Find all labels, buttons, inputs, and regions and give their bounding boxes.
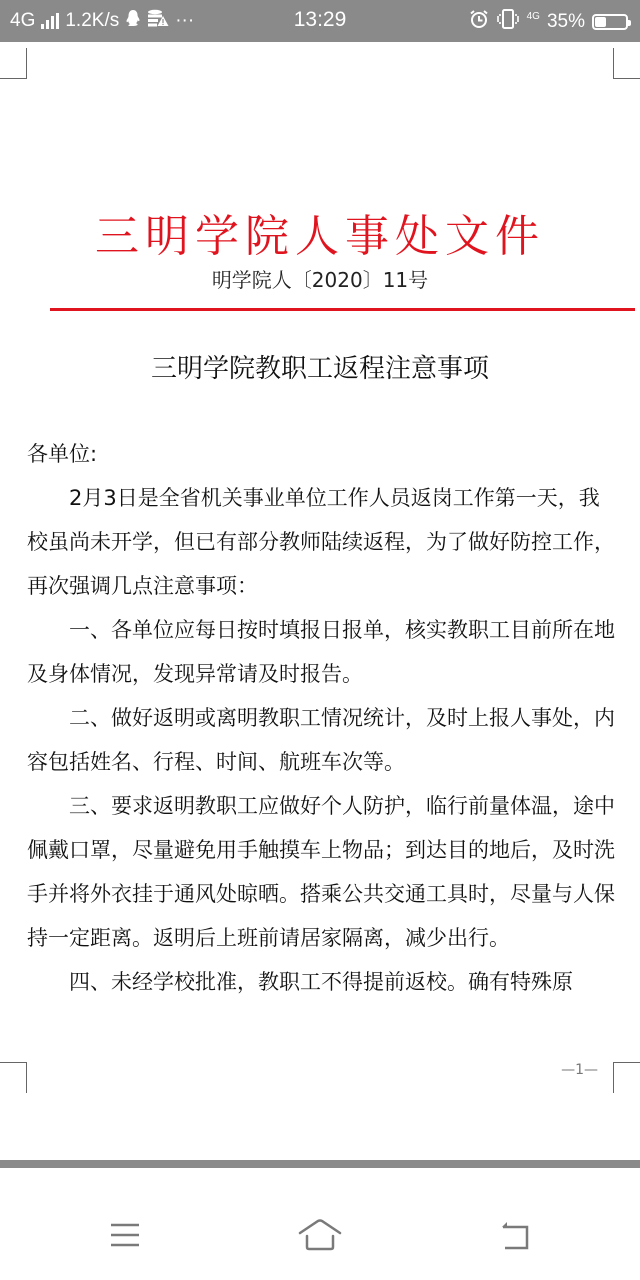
document-page[interactable]: 三明学院人事处文件 明学院人〔2020〕11号 三明学院教职工返程注意事项 各单… xyxy=(0,42,640,1160)
vibrate-icon xyxy=(496,9,520,35)
crop-mark-top-right xyxy=(613,48,640,79)
status-bar: 4G 1.2K/s ··· 13:29 4G 35% xyxy=(0,0,640,42)
paragraph-item-2: 二、做好返明或离明教职工情况统计，及时上报人事处，内容包括姓名、行程、时间、航班… xyxy=(27,696,617,784)
salutation: 各单位: xyxy=(27,432,617,476)
red-divider xyxy=(50,308,635,311)
home-icon xyxy=(298,1219,342,1251)
home-button[interactable] xyxy=(290,1210,350,1260)
back-button[interactable] xyxy=(485,1210,545,1260)
document-body: 各单位: 2月3日是全省机关事业单位工作人员返岗工作第一天，我校虽尚未开学，但已… xyxy=(27,432,617,1004)
menu-icon xyxy=(110,1222,140,1248)
page-number: —1— xyxy=(561,1062,598,1078)
4g-icon: 4G xyxy=(527,12,540,22)
navigation-bar xyxy=(0,1170,640,1280)
document-header: 三明学院人事处文件 xyxy=(0,200,640,264)
crop-mark-bottom-left xyxy=(0,1062,27,1093)
document-title: 三明学院教职工返程注意事项 xyxy=(0,348,640,385)
battery-percent: 35% xyxy=(547,11,585,33)
alarm-icon xyxy=(469,9,489,35)
paragraph-item-1: 一、各单位应每日按时填报日报单，核实教职工目前所在地及身体情况，发现异常请及时报… xyxy=(27,608,617,696)
document-number: 明学院人〔2020〕11号 xyxy=(0,264,640,293)
crop-mark-top-left xyxy=(0,48,27,79)
page-separator xyxy=(0,1160,640,1168)
menu-button[interactable] xyxy=(95,1210,155,1260)
crop-mark-bottom-right xyxy=(613,1062,640,1093)
back-icon xyxy=(499,1220,531,1250)
paragraph-item-4: 四、未经学校批准，教职工不得提前返校。确有特殊原 xyxy=(27,960,617,1004)
paragraph-intro: 2月3日是全省机关事业单位工作人员返岗工作第一天，我校虽尚未开学，但已有部分教师… xyxy=(27,476,617,608)
battery-icon xyxy=(592,14,628,30)
paragraph-item-3: 三、要求返明教职工应做好个人防护，临行前量体温，途中佩戴口罩，尽量避免用手触摸车… xyxy=(27,784,617,960)
